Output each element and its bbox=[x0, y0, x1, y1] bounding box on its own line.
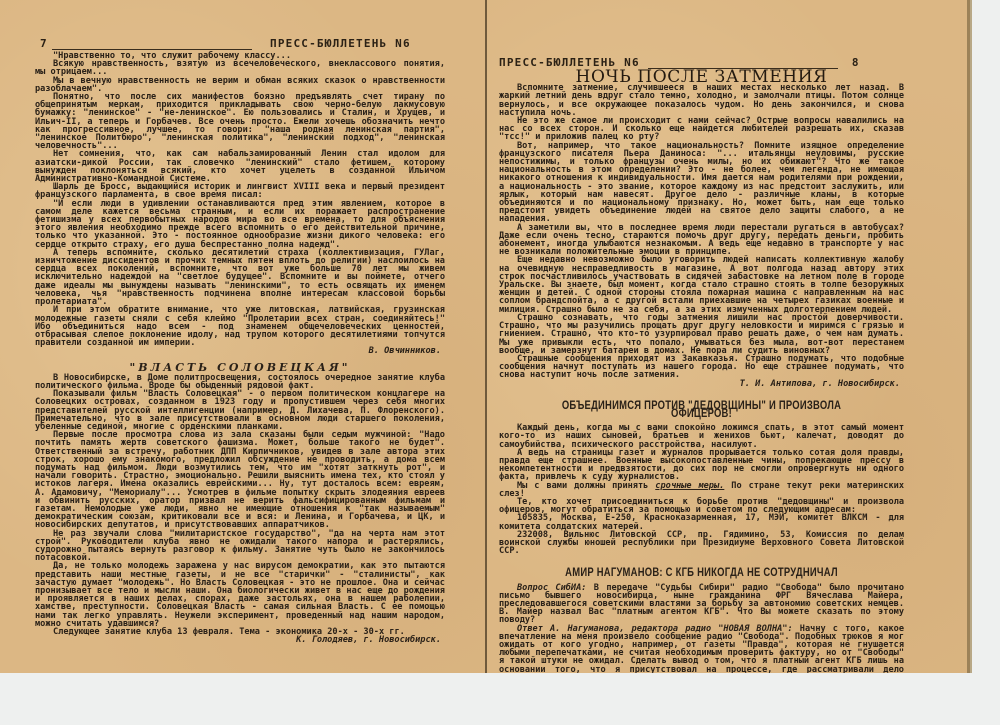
article-nagumanov-interview: АМИР НАГУМАНОВ: С КГБ НИКОГДА НЕ СОТРУДН… bbox=[499, 569, 904, 673]
paragraph: "И если люди в удивлении останавливаются… bbox=[35, 200, 445, 249]
paragraph: Показывали фильм "Власть Соловецкая" - о… bbox=[35, 390, 445, 431]
article-headline: АМИР НАГУМАНОВ: С КГБ НИКОГДА НЕ СОТРУДН… bbox=[535, 569, 867, 577]
article-solovetskaya: "ВЛАСТЬ СОЛОВЕЦКАЯ" В Новосибирске, в До… bbox=[35, 364, 445, 645]
article-noch-posle-zatmeniya: НОЧЬ ПОСЛЕ ЗАТМЕНИЯ Вспомните затмение, … bbox=[499, 73, 904, 388]
call-to-action: Мы с вами должны принять срочные меры. П… bbox=[499, 482, 904, 498]
paragraph: Понятно, что после сих манифестов боязно… bbox=[35, 93, 445, 150]
page-number: 7 bbox=[40, 37, 50, 50]
paragraph: Не раз звучали слова "милитаристское гос… bbox=[35, 530, 445, 563]
paragraph: Шарль де Бросс, выдающийся историк и лин… bbox=[35, 183, 445, 199]
paragraph: Мы в вечную нравственность не верим и об… bbox=[35, 77, 445, 93]
paragraph: Всякую нравственность, взятую из всечело… bbox=[35, 60, 445, 76]
interview-answer: Ответ А. Нагуманова, редактора радио "НО… bbox=[499, 625, 904, 673]
paragraph: Первые после просмотра слова из зала ска… bbox=[35, 431, 445, 529]
article-headline: НОЧЬ ПОСЛЕ ЗАТМЕНИЯ bbox=[499, 73, 904, 81]
left-page: 7 ПРЕСС-БЮЛЛЕТЕНЬ N6 "Нравственно то, чт… bbox=[0, 0, 487, 673]
paragraph: В Новосибирске, в Доме политпросвещения,… bbox=[35, 374, 445, 390]
interview-question: Вопрос СибИА: В передаче "Судьбы Сибири"… bbox=[499, 584, 904, 625]
paragraph: Вспомните затмение, случившееся в наших … bbox=[499, 84, 904, 117]
paragraph: Каждый день, когда мы с вами спокойно ло… bbox=[499, 424, 904, 449]
page-number: 8 bbox=[852, 56, 860, 69]
left-column: "Нравственно то, что служит рабочему кла… bbox=[35, 52, 445, 644]
answer-text: Начну с того, какое впечатление на меня … bbox=[499, 624, 904, 673]
paragraph: Страшные сообщения приходят из Закавказь… bbox=[499, 355, 904, 380]
paragraph: А заметили вы, что в последнее время люд… bbox=[499, 224, 904, 257]
call-prefix: Мы с вами должны принять bbox=[517, 481, 655, 491]
header-rule bbox=[52, 41, 252, 50]
paragraph: Да, не только молодежь заражена у нас ви… bbox=[35, 562, 445, 628]
paragraph: И при этом обратите внимание, что уже ли… bbox=[35, 306, 445, 347]
article-headline: "ВЛАСТЬ СОЛОВЕЦКАЯ" bbox=[35, 364, 445, 372]
paragraph: Страшно сознавать, что годы затмения лиш… bbox=[499, 314, 904, 355]
paragraph: Нет сомнения, что, как сам набальзамиров… bbox=[35, 150, 445, 183]
paragraph: Не это же самое ли происходит с нами сей… bbox=[499, 117, 904, 142]
article-ovchinnikov: "Нравственно то, что служит рабочему кла… bbox=[35, 52, 445, 356]
author-signature: Т. И. Антипова, г. Новосибирск. bbox=[499, 380, 904, 388]
paragraph: Те, кто хочет присоединиться к борьбе пр… bbox=[499, 498, 904, 514]
page-edge bbox=[970, 0, 972, 673]
paragraph: А теперь вспомните, сколько десятилетий … bbox=[35, 249, 445, 306]
right-page: ПРЕСС-БЮЛЛЕТЕНЬ N6 8 НОЧЬ ПОСЛЕ ЗАТМЕНИЯ… bbox=[487, 0, 970, 673]
article-dedovshchina: ОБЪЕДИНИМСЯ ПРОТИВ "ДЕДОВЩИНЫ" И ПРОИЗВО… bbox=[499, 402, 904, 556]
right-column: НОЧЬ ПОСЛЕ ЗАТМЕНИЯ Вспомните затмение, … bbox=[499, 73, 904, 673]
running-head-left: 7 ПРЕСС-БЮЛЛЕТЕНЬ N6 bbox=[40, 37, 445, 50]
paragraph: А ведь на страницы газет и журналов прор… bbox=[499, 449, 904, 482]
emphasis-urgent-measures: срочные меры. bbox=[655, 481, 724, 491]
paragraph: Еще недавно невозможно было уговорить лю… bbox=[499, 256, 904, 313]
author-signature: К. Голодяев, г. Новосибирск. bbox=[35, 636, 445, 644]
publication-title: ПРЕСС-БЮЛЛЕТЕНЬ N6 bbox=[270, 37, 411, 50]
author-signature: В. Овчинников. bbox=[35, 347, 445, 355]
article-headline: ОБЪЕДИНИМСЯ ПРОТИВ "ДЕДОВЩИНЫ" И ПРОИЗВО… bbox=[535, 402, 867, 418]
address: 105835, Москва, Е-250, Красноказарменная… bbox=[499, 514, 904, 530]
paragraph: Вот, например, что такое национальность?… bbox=[499, 142, 904, 224]
address: 232008, Вильнюс Литовской ССР, пр. Гядим… bbox=[499, 531, 904, 556]
